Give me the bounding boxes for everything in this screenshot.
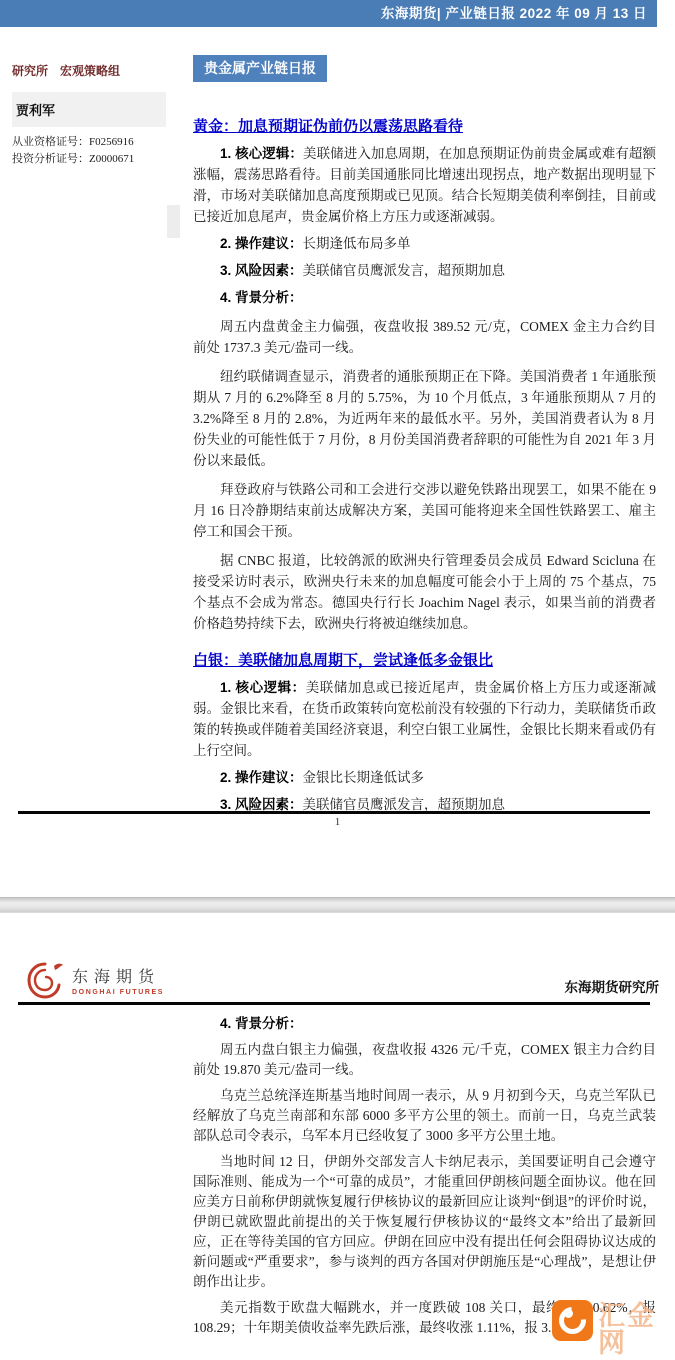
item-label: 3. 风险因素： bbox=[220, 263, 303, 278]
item-label: 4. 背景分析： bbox=[220, 290, 303, 305]
page2-header-rule bbox=[18, 1002, 650, 1005]
item-label: 2. 操作建议： bbox=[220, 770, 303, 785]
gold-trade-advice: 2. 操作建议：长期逢低布局多单 bbox=[193, 233, 656, 254]
silver-background-paragraph: 当地时间 12 日，伊朗外交部发言人卡纳尼表示，美国要证明自己会遵守国际准则、能… bbox=[193, 1152, 656, 1292]
silver-background-paragraph: 乌克兰总统泽连斯基当地时间周一表示，从 9 月初到今天，乌克兰军队已经解放了乌克… bbox=[193, 1086, 656, 1146]
logo-text: 东海期货 DONGHAI FUTURES bbox=[72, 964, 164, 996]
gold-background-paragraph: 周五内盘黄金主力偏强，夜盘收报 389.52 元/克，COMEX 金主力合约目前… bbox=[193, 316, 656, 358]
item-label: 1. 核心逻辑： bbox=[220, 146, 303, 161]
analyst-certificates: 从业资格证号：F0256916 投资分析证号：Z0000671 bbox=[12, 134, 184, 168]
huijin-watermark: 汇金网 www.gold678.com bbox=[552, 1300, 675, 1360]
item-label: 4. 背景分析： bbox=[220, 1016, 303, 1031]
item-text: 美联储官员鹰派发言，超预期加息 bbox=[303, 263, 506, 278]
page-number: 1 bbox=[0, 816, 675, 828]
report-header-bar: 东海期货| 产业链日报 2022 年 09 月 13 日 bbox=[0, 0, 657, 27]
item-label: 1. 核心逻辑： bbox=[220, 680, 306, 695]
item-text: 长期逢低布局多单 bbox=[303, 236, 411, 251]
page1-content: 贵金属产业链日报 黄金：加息预期证伪前仍以震荡思路看待 1. 核心逻辑：美联储进… bbox=[193, 55, 656, 815]
gold-section-heading: 黄金：加息预期证伪前仍以震荡思路看待 bbox=[193, 116, 656, 137]
silver-trade-advice: 2. 操作建议：金银比长期逢低试多 bbox=[193, 767, 656, 788]
analyst-name: 贾利军 bbox=[16, 103, 55, 118]
logo-english-name: DONGHAI FUTURES bbox=[72, 989, 164, 996]
donghai-futures-logo: 东海期货 DONGHAI FUTURES bbox=[24, 958, 164, 1002]
gold-background-paragraph: 纽约联储调查显示，消费者的通胀预期正在下降。美国消费者 1 年通胀预期从 7 月… bbox=[193, 366, 656, 471]
research-team-label: 研究所 宏观策略组 bbox=[12, 62, 184, 79]
report-header-title: 东海期货| 产业链日报 2022 年 09 月 13 日 bbox=[381, 6, 647, 21]
analyst-box: 贾利军 bbox=[12, 92, 166, 127]
swirl-shape bbox=[553, 1301, 591, 1339]
item-label: 2. 操作建议： bbox=[220, 236, 303, 251]
page-break-separator bbox=[0, 897, 675, 913]
donghai-logo-icon bbox=[24, 958, 66, 1002]
gold-core-logic: 1. 核心逻辑：美联储进入加息周期，在加息预期证伪前贵金属或难有超额涨幅，震荡思… bbox=[193, 143, 656, 227]
sidebar: 研究所 宏观策略组 贾利军 从业资格证号：F0256916 投资分析证号：Z00… bbox=[12, 62, 184, 168]
analysis-certificate: 投资分析证号：Z0000671 bbox=[12, 151, 184, 168]
page2-content: 4. 背景分析： 周五内盘白银主力偏强，夜盘收报 4326 元/千克，COMEX… bbox=[193, 1008, 656, 1338]
page1-footer-rule bbox=[18, 811, 650, 814]
report-title-badge: 贵金属产业链日报 bbox=[193, 55, 327, 82]
gold-background-paragraph: 据 CNBC 报道，比较鸽派的欧洲央行管理委员会成员 Edward Sciclu… bbox=[193, 550, 656, 634]
watermark-text: 汇金网 www.gold678.com bbox=[598, 1303, 675, 1360]
silver-section-heading: 白银：美联储加息周期下，尝试逢低多金银比 bbox=[193, 650, 656, 671]
item-label: 3. 风险因素： bbox=[220, 797, 303, 812]
silver-background-paragraph: 周五内盘白银主力偏强，夜盘收报 4326 元/千克，COMEX 银主力合约目前处… bbox=[193, 1040, 656, 1080]
logo-chinese-name: 东海期货 bbox=[72, 964, 164, 987]
silver-core-logic: 1. 核心逻辑：美联储加息或已接近尾声，贵金属价格上方压力或逐渐减弱。金银比来看… bbox=[193, 677, 656, 761]
silver-background-label: 4. 背景分析： bbox=[193, 1014, 656, 1034]
gold-background-label: 4. 背景分析： bbox=[193, 287, 656, 308]
gold-background-paragraph: 拜登政府与铁路公司和工会进行交涉以避免铁路出现罢工，如果不能在 9 月 16 日… bbox=[193, 479, 656, 542]
research-institute-name: 东海期货研究所 bbox=[565, 976, 660, 996]
watermark-site-name: 汇金网 bbox=[598, 1303, 675, 1357]
gold-risk-factors: 3. 风险因素：美联储官员鹰派发言，超预期加息 bbox=[193, 260, 656, 281]
huijin-logo-icon bbox=[552, 1300, 593, 1341]
item-text: 金银比长期逢低试多 bbox=[303, 770, 425, 785]
item-text: 美联储官员鹰派发言，超预期加息 bbox=[303, 797, 506, 812]
swirl-dot bbox=[564, 1309, 573, 1318]
practice-certificate: 从业资格证号：F0256916 bbox=[12, 134, 184, 151]
scrollbar-thumb[interactable] bbox=[167, 205, 180, 238]
